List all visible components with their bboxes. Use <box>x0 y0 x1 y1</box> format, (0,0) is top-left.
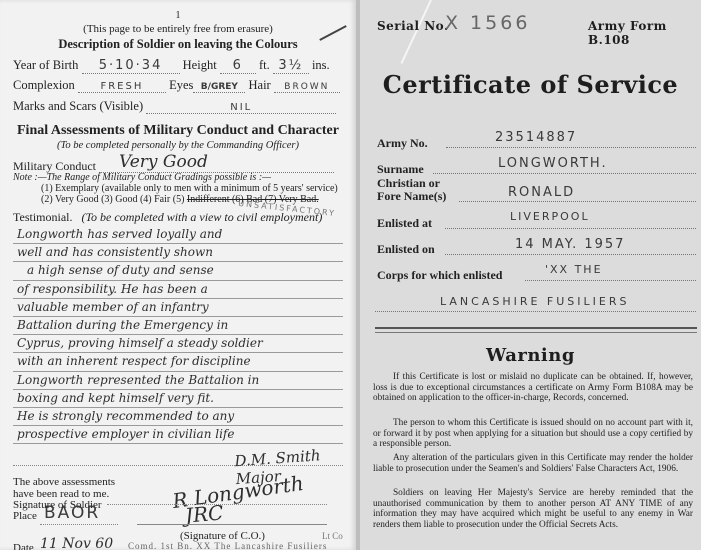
conduct-value: Very Good <box>99 152 334 173</box>
enlisted-on-value: 14 MAY. 1957 <box>515 237 625 252</box>
co-signature-line <box>137 524 327 525</box>
height-in-unit: ins. <box>312 58 330 72</box>
testimonial-line: prospective employer in civilian life <box>13 426 343 444</box>
corps-line <box>525 280 696 281</box>
surname-line <box>433 173 696 174</box>
place-value: BAOR <box>44 503 100 523</box>
date-value: 11 Nov 60 <box>40 536 113 550</box>
place-label: Place <box>13 510 37 522</box>
eyes-value: B/GREY <box>193 82 245 93</box>
certificate-title: Certificate of Service <box>360 70 701 99</box>
testimonial-label-row: Testimonial. (To be completed with a vie… <box>13 210 322 225</box>
height-label: Height <box>183 58 217 72</box>
surname-value: LONGWORTH. <box>498 156 608 171</box>
assessment-subtitle: (To be completed personally by the Comma… <box>0 140 356 151</box>
date-label: Date <box>13 542 34 550</box>
section-divider <box>375 327 697 333</box>
note-line-2: (1) Exemplary (available only to men wit… <box>13 183 338 194</box>
marks-label: Marks and Scars (Visible) <box>13 99 143 113</box>
enlisted-on-line <box>445 254 696 255</box>
warning-paragraph-4: Soldiers on leaving Her Majesty's Servic… <box>373 488 693 530</box>
serial-label: Serial No. <box>377 19 449 33</box>
hair-label: Hair <box>249 78 271 92</box>
testimonial-text: Longworth has served loyally andwell and… <box>13 226 343 444</box>
complexion-value: FRESH <box>78 81 166 93</box>
testimonial-line: of responsibility. He has been a <box>13 281 343 299</box>
assessment-title: Final Assessments of Military Conduct an… <box>0 123 356 139</box>
note-line-1: Note :—The Range of Military Conduct Gra… <box>13 172 338 183</box>
erasure-note: (This page to be entirely free from eras… <box>0 23 356 35</box>
forenames-label: Christian or Fore Name(s) <box>377 177 446 203</box>
testimonial-line: well and has consistently shown <box>13 244 343 262</box>
co-rank: Lt Co <box>322 531 343 541</box>
enlisted-on-label: Enlisted on <box>377 243 435 256</box>
place-line <box>40 524 118 525</box>
left-page: 1 (This page to be entirely free from er… <box>0 0 356 550</box>
year-of-birth-label: Year of Birth <box>13 58 78 72</box>
warning-title: Warning <box>360 345 701 366</box>
grading-note: Note :—The Range of Military Conduct Gra… <box>13 172 338 205</box>
height-ft-value: 6 <box>220 58 256 74</box>
marks-row: Marks and Scars (Visible) NIL <box>13 99 336 114</box>
testimonial-line: valuable member of an infantry <box>13 299 343 317</box>
enlisted-at-line <box>445 228 696 229</box>
note-line-3: (2) Very Good (3) Good (4) Fair (5) Indi… <box>13 194 338 205</box>
warning-paragraph-2: The person to whom this Certificate is i… <box>373 418 693 450</box>
corps-line-2 <box>375 311 696 312</box>
height-ft-unit: ft. <box>259 58 270 72</box>
army-no-value: 23514887 <box>495 130 577 145</box>
complexion-row: Complexion FRESH EyesB/GREY Hair BROWN <box>13 78 340 93</box>
conduct-label: Military Conduct <box>13 159 96 173</box>
surname-label: Surname <box>377 163 424 176</box>
testimonial-line: Longworth represented the Battalion in <box>13 372 343 390</box>
hair-value: BROWN <box>274 82 340 93</box>
testimonial-line: Cyprus, proving himself a steady soldier <box>13 335 343 353</box>
eyes-label: Eyes <box>169 78 193 92</box>
testimonial-line: He is strongly recommended to any <box>13 408 343 426</box>
year-of-birth-value: 5·10·34 <box>82 58 180 74</box>
corps-value: 'XX THE <box>545 263 603 276</box>
testimonial-line: Battalion during the Emergency in <box>13 317 343 335</box>
right-page: Serial No. X 1566 Army Form B.108 Certif… <box>360 0 701 550</box>
enlisted-at-label: Enlisted at <box>377 217 432 230</box>
height-in-value: 3½ <box>273 58 309 74</box>
corps-label: Corps for which enlisted <box>377 269 502 282</box>
corps-value-2: LANCASHIRE FUSILIERS <box>440 295 629 308</box>
description-title: Description of Soldier on leaving the Co… <box>0 37 356 52</box>
warning-paragraph-1: If this Certificate is lost or mislaid n… <box>373 372 693 404</box>
enlisted-at-value: LIVERPOOL <box>510 210 590 223</box>
command-stamp: Comd. 1st Bn. XX The Lancashire Fusilier… <box>128 541 327 550</box>
army-no-line <box>446 147 696 148</box>
page-number: 1 <box>0 10 356 21</box>
warning-paragraph-3: Any alteration of the particulars given … <box>373 453 693 474</box>
marks-value: NIL <box>146 102 336 114</box>
serial-value: X 1566 <box>445 12 530 34</box>
testimonial-line: a high sense of duty and sense <box>13 262 343 280</box>
army-form-number: Army Form B.108 <box>588 19 701 47</box>
forenames-line <box>459 201 696 202</box>
army-no-label: Army No. <box>377 137 428 150</box>
testimonial-line: Longworth has served loyally and <box>13 226 343 244</box>
birth-height-row: Year of Birth 5·10·34 Height 6 ft. 3½ in… <box>13 58 330 74</box>
testimonial-line: boxing and kept himself very fit. <box>13 390 343 408</box>
forenames-value: RONALD <box>508 185 575 200</box>
testimonial-line: with an inherent respect for discipline <box>13 353 343 371</box>
complexion-label: Complexion <box>13 78 75 92</box>
